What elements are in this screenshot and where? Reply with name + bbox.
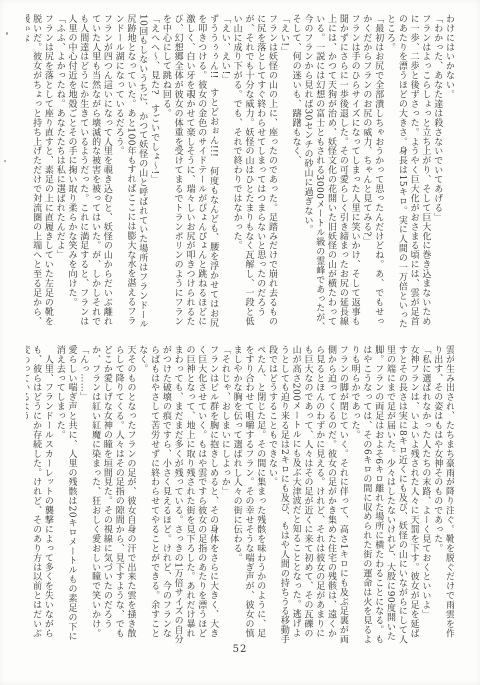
lower-text-block: 雲が生み出され、たちまち豪雨が降り注ぐ。靴を脱ぐだけで雨雲を作り出す、その姿はも… <box>26 345 454 645</box>
paragraph: ぺたん、と閉じた足。その間に集まった残骸を味わうかのように、足をすり合わせて咀嚼… <box>230 345 265 645</box>
paragraph: 「えへへ〜、見た? すごいでしょ〜!」 <box>147 14 159 332</box>
paragraph: フランが四つん這いになって人里を覗き込むと、妖怪の山からだいぶ離れていた人里も当… <box>65 14 112 332</box>
page-number: 52 <box>0 644 480 655</box>
paragraph: 雲が生み出され、たちまち豪雨が降り注ぐ。靴を脱ぐだけで雨雲を作り出す、その姿はも… <box>430 345 454 645</box>
paragraph: フランはよっこらしょっと立ち上がり、そして巨大化に巻き込まないために一歩、二歩と… <box>383 14 430 332</box>
paragraph: 女神フランは、いよいよ残された人々に天罰を下す。彼女が足を延ばすとその長さは実に… <box>348 345 419 645</box>
paragraph: フランの脚が閉じていく。それに伴って、高さ1キロにも及ぶ足裏が両側から迫ってくる… <box>265 345 348 645</box>
upper-text-block: わけにはいかない。「わかった、あなた達は殺さないでいてあげる」フランはよっこらし… <box>26 14 454 332</box>
paragraph: 「えい、えい!」 <box>218 14 230 332</box>
paragraph: 「ふふ、よかったね。あなたたちは私に選ばれたんだよ」 <box>53 14 65 332</box>
paragraph: わけにはいかない。 <box>442 14 454 332</box>
paragraph: フランは手のひらサイズになってしまった人里に笑いかけ、そして返事も聞かずにさらに… <box>301 14 360 332</box>
scan-speck <box>6 32 8 35</box>
paragraph: 愛らしい喘ぎ声と共に、人里の残骸は20キロメートルもの素足の下に消え去ってしまっ… <box>53 345 77 645</box>
book-page: わけにはいかない。「わかった、あなた達は殺さないでいてあげる」フランはよっこらし… <box>0 0 480 685</box>
paragraph: そして、何の迷いも、躊躇もなく、 <box>289 14 301 332</box>
paragraph: フランはビル群を胸に抱きしめると、その身体をさらに大きく、大きく巨大化させていく… <box>135 345 218 645</box>
paragraph: 「それじゃ、おしまいにしよっか」 <box>218 345 230 645</box>
paragraph: 「わかった、あなた達は殺さないでいてあげる」 <box>430 14 442 332</box>
paragraph: 「私に選ばれなかった人たちの末路、よーく見ておくといいよ」 <box>419 345 431 645</box>
paragraph: フランは妖怪の山の上に、座ったのであった。足踏みだけで崩れ去るものに尻を落として… <box>230 14 277 332</box>
paragraph: ずううぅぅん!! すとどおぉん!!! 何度もなんども、腰を浮かせてはお尻を叩きつ… <box>159 14 218 332</box>
scan-speck <box>4 160 6 162</box>
paragraph: 「最初はお尻で全部潰しちゃおうかって思ったんだけどね。あ、でもせっかくだからフラ… <box>360 14 384 332</box>
paragraph: 天そのものとなったフランの足が、彼女自身の汗で出来た雲を掻き散らして降りてくる。… <box>88 345 135 645</box>
paragraph: 人里、フランドールスカーレットの襲撃によって多くを失いながらも、彼らはどうにか存… <box>26 345 53 645</box>
paragraph: フランは尻を落として座り直すと、素足の上に直履きしていた左足の靴を脱いだ。彼女が… <box>26 14 53 332</box>
paragraph: 「んっ……」 <box>77 345 89 645</box>
paragraph: 「えい!」 <box>277 14 289 332</box>
paragraph: 10回もしないうちに、かつて妖怪の山と呼ばれていた場所はフランドール尻跡地となっ… <box>112 14 147 332</box>
